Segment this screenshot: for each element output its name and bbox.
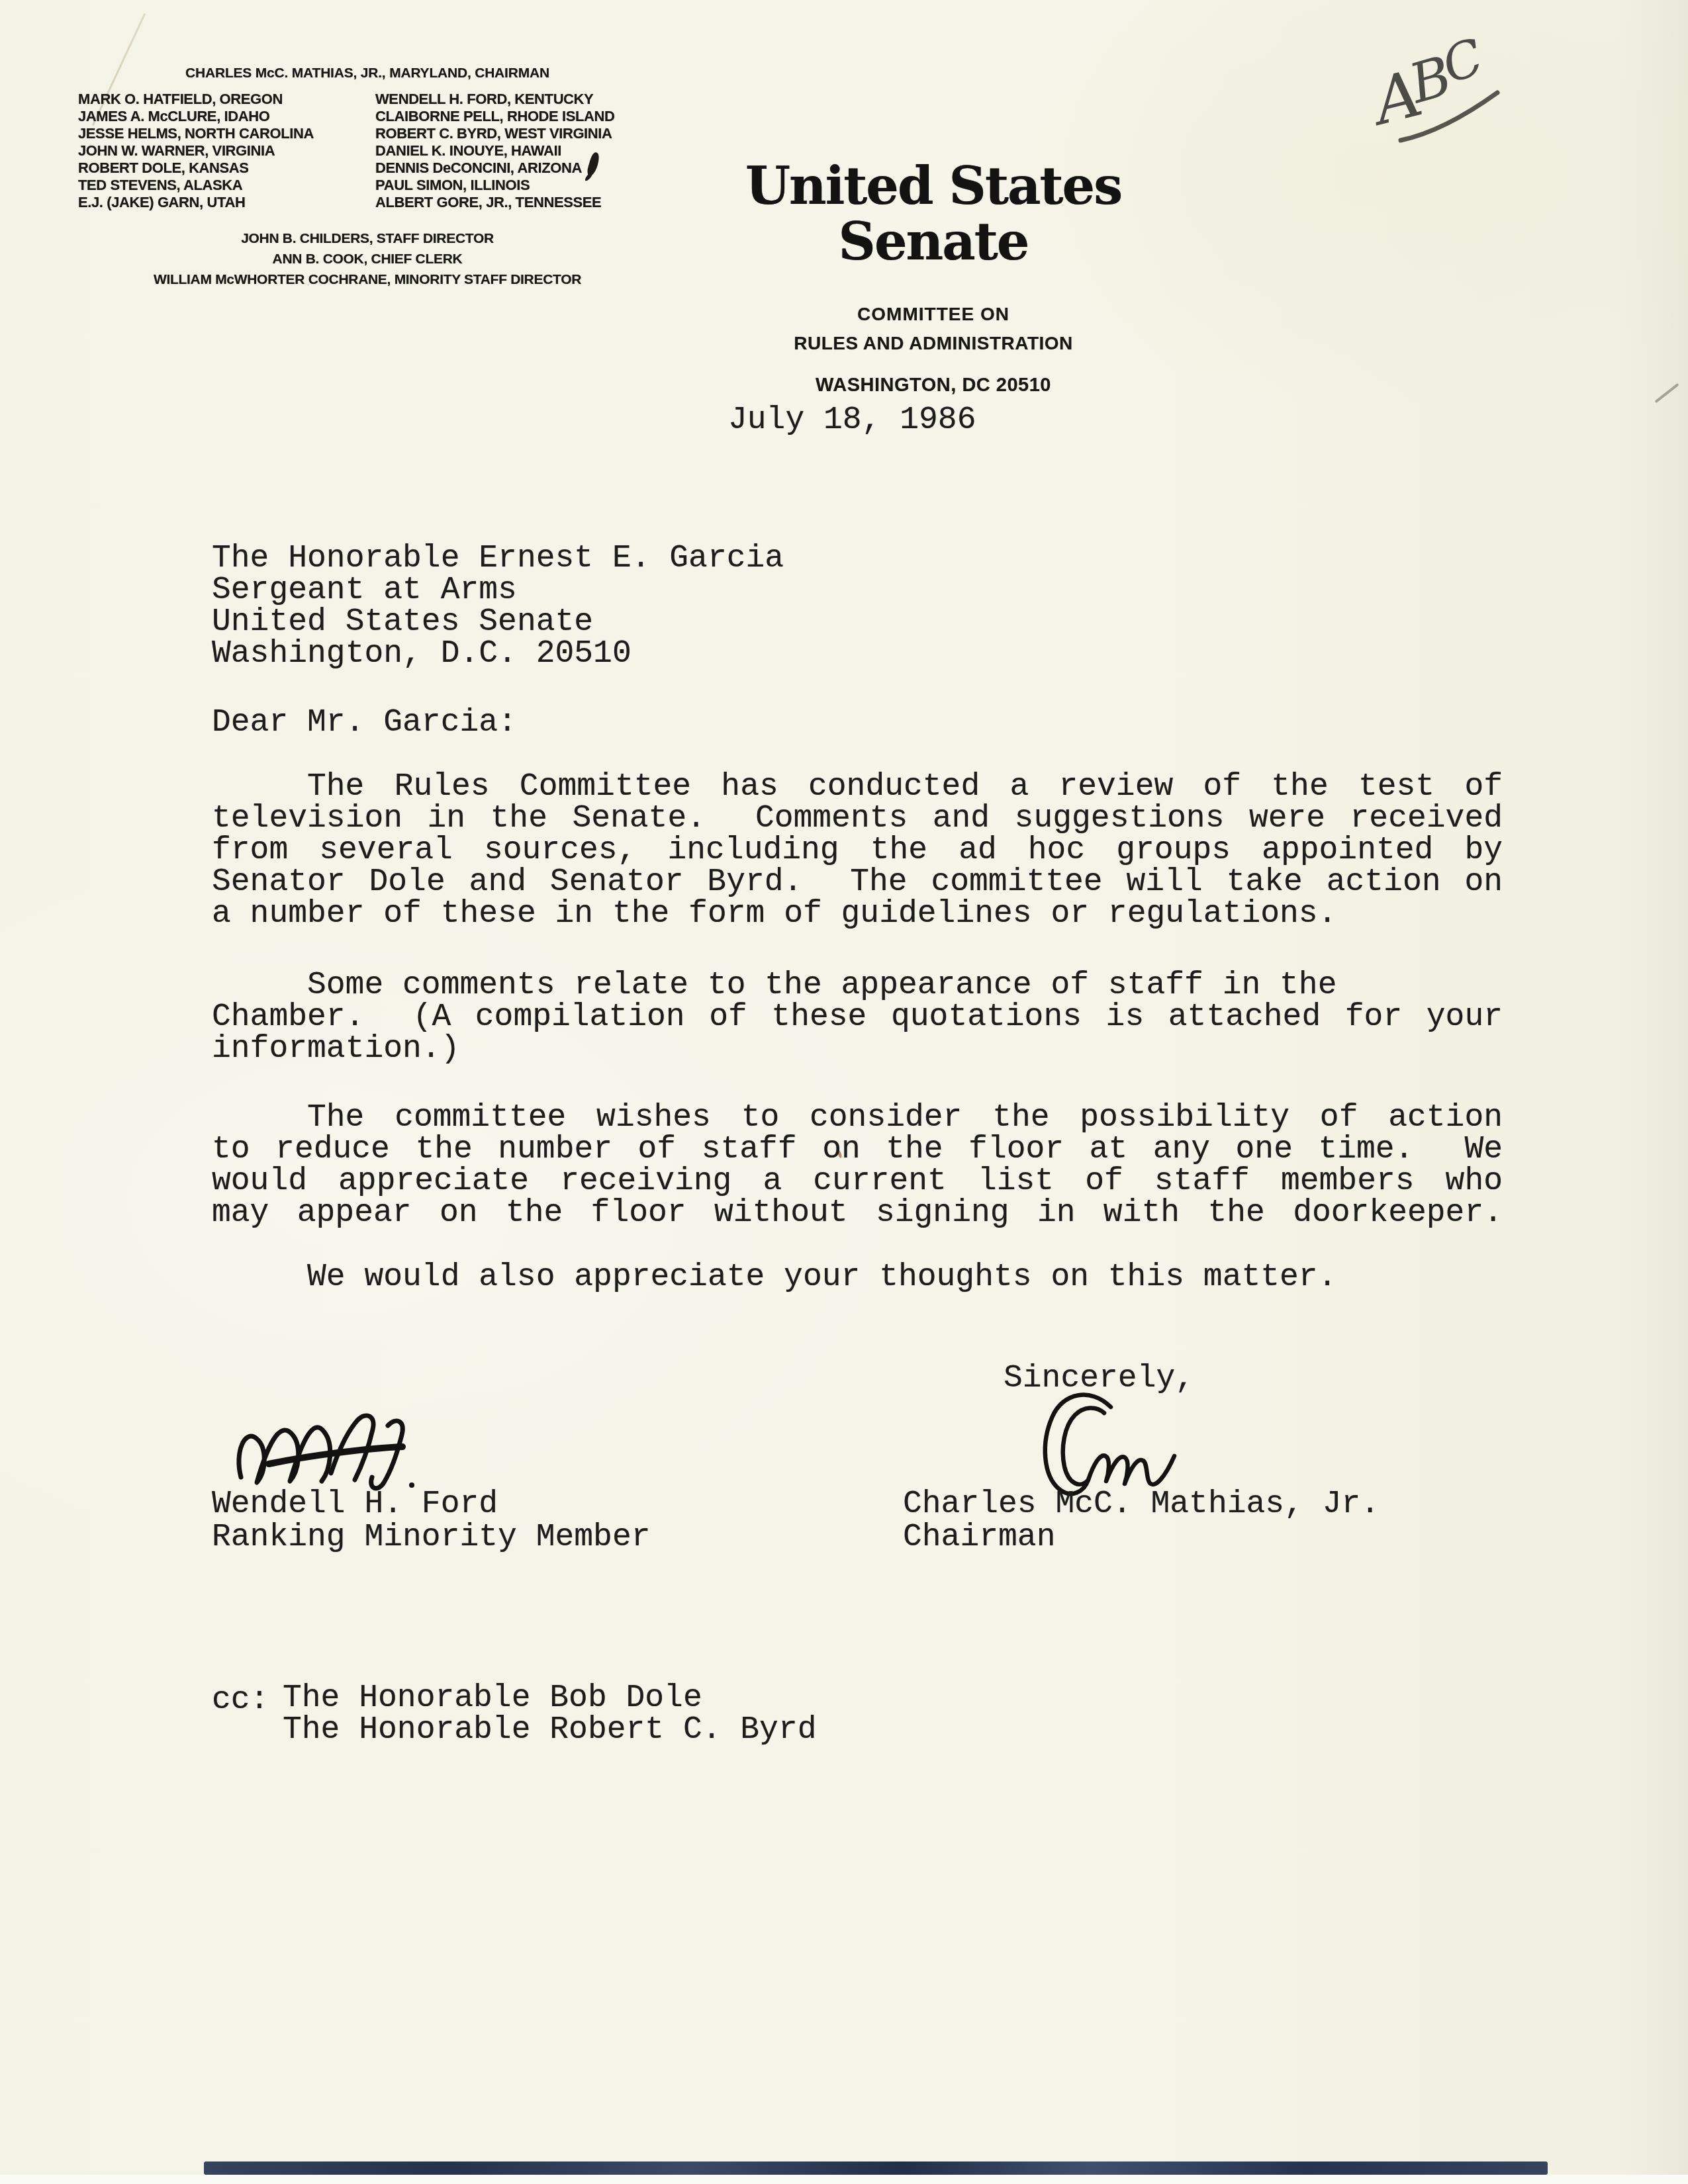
members-column-right: WENDELL H. FORD, KENTUCKY CLAIBORNE PELL… (375, 91, 615, 211)
member-name: MARK O. HATFIELD, OREGON (78, 91, 314, 108)
body-line: from several sources, including the ad h… (212, 835, 1503, 866)
committee-line-1: COMMITTEE ON (675, 304, 1192, 324)
body-line: to reduce the number of staff on the flo… (212, 1134, 1503, 1165)
date-line: July 18, 1986 (728, 402, 976, 438)
left-signer-title: Ranking Minority Member (212, 1521, 651, 1554)
left-signer-name: Wendell H. Ford (212, 1488, 651, 1521)
member-name: ROBERT C. BYRD, WEST VIRGINIA (375, 125, 615, 142)
body-line: The Rules Committee has conducted a revi… (212, 771, 1503, 803)
member-name: DENNIS DeCONCINI, ARIZONA (375, 159, 615, 177)
senate-title: United States Senate (675, 159, 1192, 270)
handwritten-abc-annotation: A B C (1372, 26, 1511, 152)
member-name: JOHN W. WARNER, VIRGINIA (78, 142, 314, 159)
member-name: JESSE HELMS, NORTH CAROLINA (78, 125, 314, 142)
member-name: TED STEVENS, ALASKA (78, 177, 314, 194)
recipient-line: Washington, D.C. 20510 (212, 638, 784, 670)
body-line: Chamber. (A compilation of these quotati… (212, 1001, 1503, 1033)
scan-bottom-strip (204, 2161, 1548, 2175)
letterhead-masthead: United States Senate COMMITTEE ON RULES … (675, 159, 1192, 396)
body-paragraph-1: The Rules Committee has conducted a revi… (212, 771, 1503, 930)
letterhead-city-line: WASHINGTON, DC 20510 (675, 375, 1192, 396)
member-name: E.J. (JAKE) GARN, UTAH (78, 194, 314, 211)
body-line: Some comments relate to the appearance o… (212, 970, 1503, 1001)
body-line: We would also appreciate your thoughts o… (212, 1261, 1503, 1293)
member-name: ROBERT DOLE, KANSAS (78, 159, 314, 177)
signature-wendell-ford (232, 1388, 444, 1501)
body-line: television in the Senate. Comments and s… (212, 803, 1503, 835)
chairman-line: CHARLES McC. MATHIAS, JR., MARYLAND, CHA… (70, 65, 665, 81)
letterhead-roster: CHARLES McC. MATHIAS, JR., MARYLAND, CHA… (70, 65, 665, 290)
staff-line: JOHN B. CHILDERS, STAFF DIRECTOR (70, 228, 665, 249)
right-signer-name: Charles McC. Mathias, Jr. (903, 1488, 1380, 1521)
right-signer-title: Chairman (903, 1521, 1380, 1554)
recipient-line: The Honorable Ernest E. Garcia (212, 543, 784, 574)
body-paragraph-3: The committee wishes to consider the pos… (212, 1102, 1503, 1229)
body-line: a number of these in the form of guideli… (212, 898, 1503, 930)
committee-line-2: RULES AND ADMINISTRATION (675, 334, 1192, 353)
cc-label: cc: (212, 1682, 269, 1718)
recipient-line: United States Senate (212, 606, 784, 638)
body-paragraph-2: Some comments relate to the appearance o… (212, 970, 1503, 1065)
member-name: ALBERT GORE, JR., TENNESSEE (375, 194, 615, 211)
cc-recipient-line: The Honorable Bob Dole (283, 1682, 817, 1714)
staff-directors-block: JOHN B. CHILDERS, STAFF DIRECTOR ANN B. … (70, 228, 665, 290)
scan-bottom-edge (0, 2175, 1688, 2184)
body-line: Senator Dole and Senator Byrd. The commi… (212, 866, 1503, 898)
body-line: The committee wishes to consider the pos… (212, 1102, 1503, 1134)
member-name: CLAIBORNE PELL, RHODE ISLAND (375, 108, 615, 125)
body-line: would appreciate receiving a current lis… (212, 1165, 1503, 1197)
left-signer-block: Wendell H. Ford Ranking Minority Member (212, 1488, 651, 1554)
cc-recipients: The Honorable Bob Dole The Honorable Rob… (283, 1682, 817, 1746)
member-name: DANIEL K. INOUYE, HAWAII (375, 142, 615, 159)
scan-edge-mark (1654, 383, 1679, 403)
recipient-address-block: The Honorable Ernest E. Garcia Sergeant … (212, 543, 784, 670)
members-column-left: MARK O. HATFIELD, OREGON JAMES A. McCLUR… (78, 91, 314, 211)
salutation: Dear Mr. Garcia: (212, 705, 517, 741)
recipient-line: Sergeant at Arms (212, 574, 784, 606)
body-paragraph-4: We would also appreciate your thoughts o… (212, 1261, 1503, 1293)
cc-recipient-line: The Honorable Robert C. Byrd (283, 1714, 817, 1746)
member-name: PAUL SIMON, ILLINOIS (375, 177, 615, 194)
body-line: may appear on the floor without signing … (212, 1197, 1503, 1229)
member-name: JAMES A. McCLURE, IDAHO (78, 108, 314, 125)
right-signer-block: Charles McC. Mathias, Jr. Chairman (903, 1488, 1380, 1554)
staff-line: ANN B. COOK, CHIEF CLERK (70, 249, 665, 269)
member-name: WENDELL H. FORD, KENTUCKY (375, 91, 615, 108)
letter-page: A B C CHARLES McC. MATHIAS, JR., MARYLAN… (0, 0, 1688, 2184)
staff-line: WILLIAM McWHORTER COCHRANE, MINORITY STA… (70, 269, 665, 290)
